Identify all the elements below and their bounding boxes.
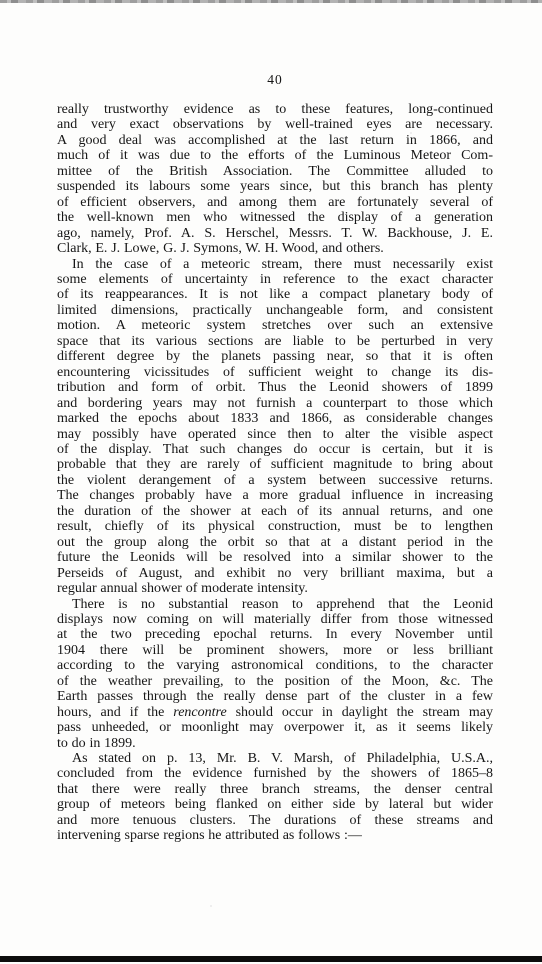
text-line: some elements of uncertainty in referenc… (57, 272, 493, 287)
text-line: Earth passes through the really dense pa… (57, 689, 493, 704)
page-text: really trustworthy evidence as to these … (57, 102, 493, 844)
text-line: Perseids of August, and exhibit no very … (57, 566, 493, 581)
text-line: motion. A meteoric system stretches over… (57, 318, 493, 333)
text-line: and more tenuous clusters. The durations… (57, 813, 493, 828)
scan-edge-bottom (0, 956, 542, 962)
text-line: really trustworthy evidence as to these … (57, 102, 493, 117)
text-segment: hours, and if the (57, 705, 173, 720)
paragraph: In the case of a meteoric stream, there … (57, 257, 493, 597)
text-line: ago, namely, Prof. A. S. Herschel, Messr… (57, 226, 493, 241)
text-line: marked the epochs about 1833 and 1866, a… (57, 411, 493, 426)
text-line: to do in 1899. (57, 736, 493, 751)
text-line: displays now coming on will materially d… (57, 612, 493, 627)
text-line: mittee of the British Association. The C… (57, 164, 493, 179)
text-line: concluded from the evidence furnished by… (57, 766, 493, 781)
text-line: probable that they are rarely of suffici… (57, 457, 493, 472)
scan-specks (0, 0, 2, 2)
text-line: much of it was due to the efforts of the… (57, 148, 493, 163)
text-line: according to the varying astronomical co… (57, 658, 493, 673)
text-line: different degree by the planets passing … (57, 349, 493, 364)
page-number: 40 (57, 72, 493, 88)
paragraph: As stated on p. 13, Mr. B. V. Marsh, of … (57, 751, 493, 844)
text-line: future the Leonids will be resolved into… (57, 550, 493, 565)
paragraph: really trustworthy evidence as to these … (57, 102, 493, 257)
text-line: out the group along the orbit so that at… (57, 535, 493, 550)
text-line: the duration of the shower at each of it… (57, 504, 493, 519)
text-line: The changes probably have a more gradual… (57, 488, 493, 503)
paragraph: There is no substantial reason to appreh… (57, 597, 493, 752)
text-line: result, chiefly of its physical construc… (57, 519, 493, 534)
text-line: suspended its labours some years since, … (57, 179, 493, 194)
text-line: that there were really three branch stre… (57, 782, 493, 797)
text-line: may possibly have operated since then to… (57, 427, 493, 442)
scan-edge-top (0, 0, 542, 3)
scanned-book-page: 40 really trustworthy evidence as to the… (0, 0, 542, 964)
text-line: 1904 there will be prominent showers, mo… (57, 643, 493, 658)
text-line: There is no substantial reason to appreh… (57, 597, 493, 612)
text-line: of the display. That such changes do occ… (57, 442, 493, 457)
text-line: at the two preceding epochal returns. In… (57, 627, 493, 642)
text-line: As stated on p. 13, Mr. B. V. Marsh, of … (57, 751, 493, 766)
text-line: pass unheeded, or moonlight may overpowe… (57, 720, 493, 735)
text-line: space that its various sections are liab… (57, 334, 493, 349)
text-line: A good deal was accomplished at the last… (57, 133, 493, 148)
text-line: of the weather prevailing, to the positi… (57, 674, 493, 689)
text-line: the violent derangement of a system betw… (57, 473, 493, 488)
text-line: encountering vicissitudes of sufficient … (57, 365, 493, 380)
text-line: and bordering years may not furnish a co… (57, 396, 493, 411)
text-line: Clark, E. J. Lowe, G. J. Symons, W. H. W… (57, 241, 493, 256)
text-line: In the case of a meteoric stream, there … (57, 257, 493, 272)
text-line: regular annual shower of moderate intens… (57, 581, 493, 596)
italic-text: rencontre (173, 705, 226, 720)
text-line: of its reappearances. It is not like a c… (57, 287, 493, 302)
text-line: tribution and form of orbit. Thus the Le… (57, 380, 493, 395)
text-line: hours, and if the rencontre should occur… (57, 705, 493, 720)
text-line: intervening sparse regions he attributed… (57, 828, 493, 843)
text-line: and very exact observations by well-trai… (57, 117, 493, 132)
text-line: the well-known men who witnessed the dis… (57, 210, 493, 225)
text-line: of efficient observers, and among them a… (57, 195, 493, 210)
text-line: group of meteors being flanked on either… (57, 797, 493, 812)
text-line: limited dimensions, practically unchange… (57, 303, 493, 318)
text-segment: should occur in daylight the stream may (227, 705, 493, 720)
